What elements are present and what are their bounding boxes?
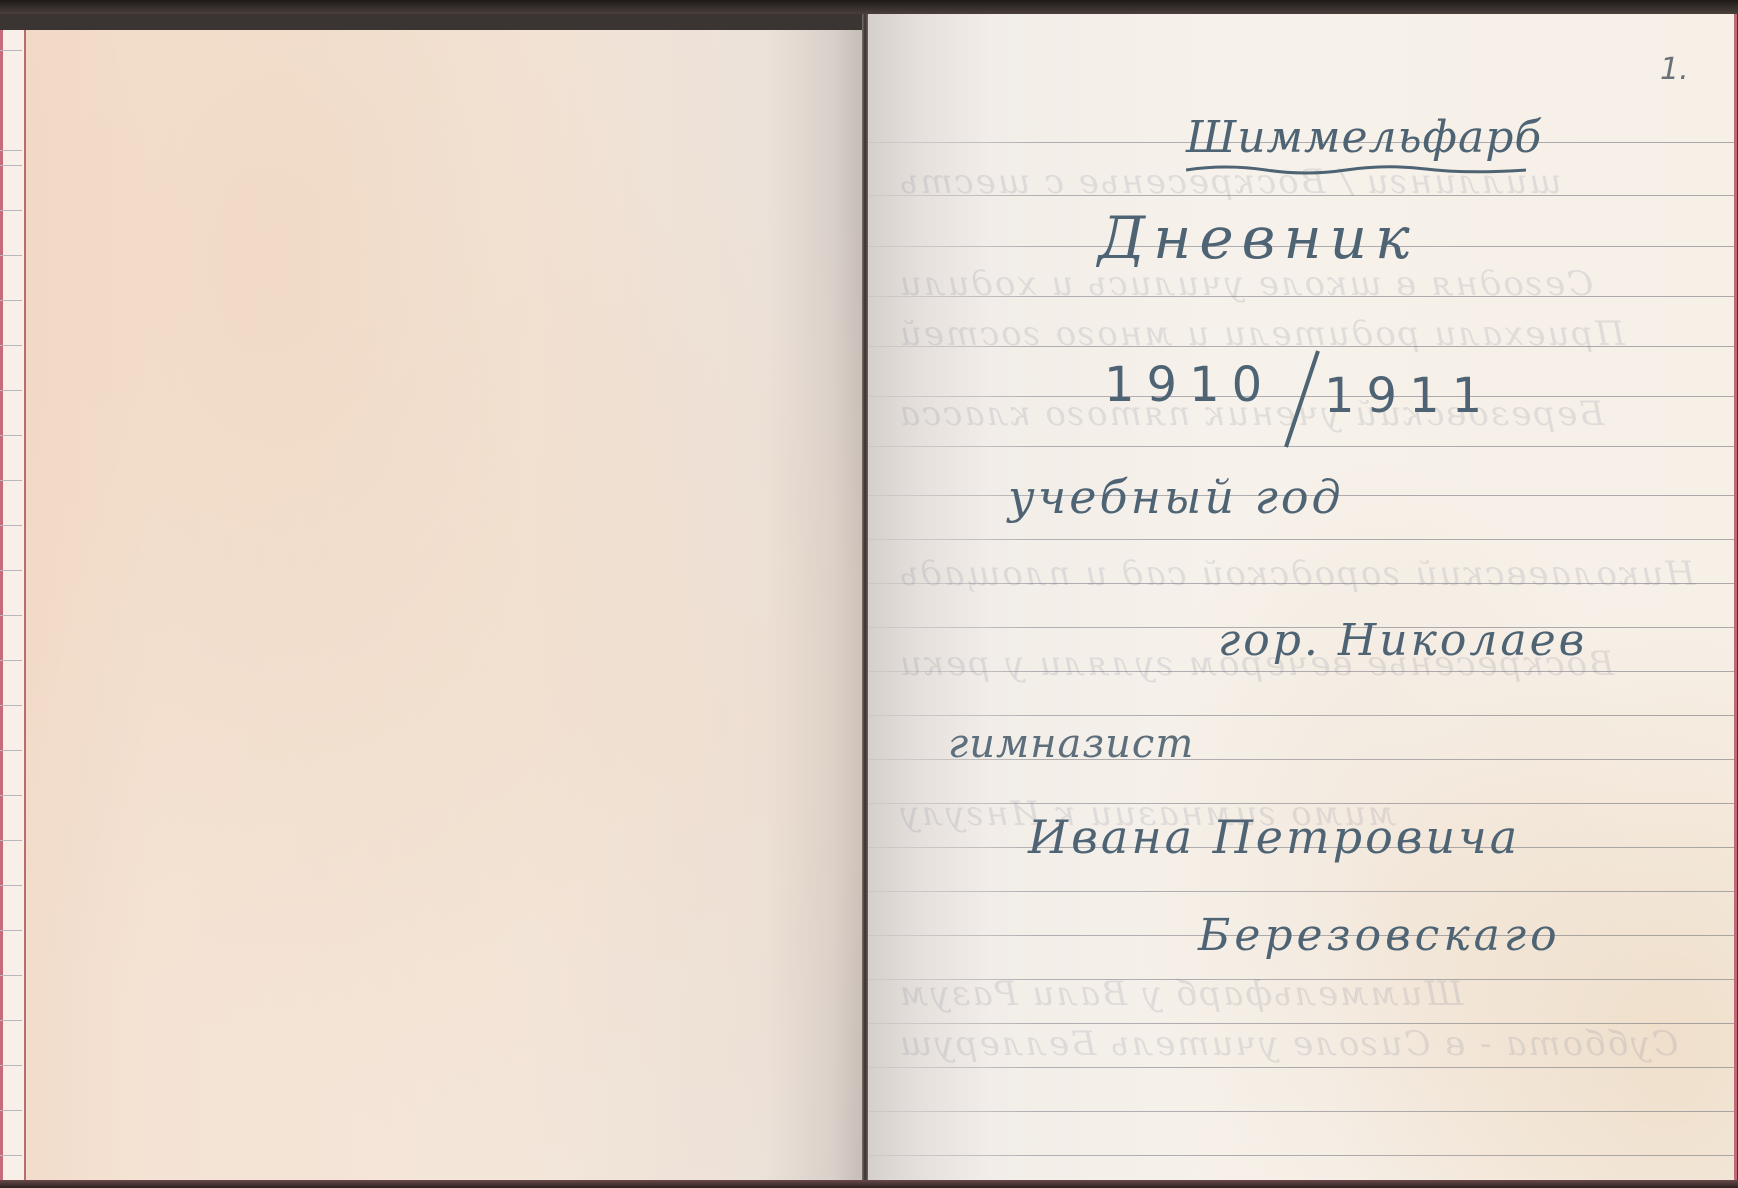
ruled-line [0,660,22,661]
handwritten-name: Ивана Петровича [1028,814,1520,860]
ruled-line [0,840,22,841]
ruled-line [0,300,22,301]
wavy-underline-icon [1186,162,1526,176]
ruled-line [0,150,22,151]
back-pages-edge [0,30,26,1188]
cover-bottom-edge [0,1180,1738,1188]
handwritten-city: гор. Николаев [1218,619,1587,663]
ruled-line [868,1067,1734,1068]
bleed-through-text: Суббота - в Сиголе учитель Беллеруш [898,1024,1678,1064]
bleed-through-text: Шиммельфарб у Вали Разум [898,974,1463,1014]
ruled-line [0,390,22,391]
ruled-line [0,1065,22,1066]
year-slash-icon [1278,349,1328,449]
ruled-line [868,891,1734,892]
ruled-line [0,1110,22,1111]
handwritten-year-end: 1911 [1324,372,1494,420]
ruled-line [0,480,22,481]
bleed-through-text: Николаевский городской сад и площадь [898,554,1695,594]
ruled-line [0,165,22,166]
bleed-through-text: Приехали родители и много гостей [898,314,1625,354]
ruled-line [868,1111,1734,1112]
ruled-line [0,345,22,346]
ruled-line [0,705,22,706]
ruled-line [0,795,22,796]
handwritten-stamp-word: Шиммельфарб [1186,116,1542,160]
right-page: шиллинги / Воскресенье с шесть Сегодня в… [868,14,1737,1180]
handwritten-title: Дневник [1098,209,1418,267]
page-number: 1. [1660,52,1689,87]
ruled-line [0,885,22,886]
ruled-line [0,570,22,571]
ruled-line [0,615,22,616]
handwritten-school-year: учебный год [1008,474,1344,520]
ruled-line [0,210,22,211]
ruled-line [0,525,22,526]
ruled-line [0,975,22,976]
ruled-line [0,750,22,751]
ruled-line [0,50,22,51]
handwritten-year-start: 1910 [1104,361,1274,409]
ruled-line [0,1155,22,1156]
cover-top-edge [0,0,1738,14]
ruled-line [868,1155,1734,1156]
ruled-line [868,715,1734,716]
notebook-spread: шиллинги / Воскресенье с шесть Сегодня в… [0,0,1738,1188]
ruled-line [0,435,22,436]
ruled-line [0,1020,22,1021]
handwritten-surname: Березовскаго [1198,914,1561,958]
ruled-line [868,539,1734,540]
handwritten-gymnasium: гимназист [948,724,1194,764]
ruled-line [0,255,22,256]
left-page-blank [24,30,866,1180]
ruled-line [0,930,22,931]
